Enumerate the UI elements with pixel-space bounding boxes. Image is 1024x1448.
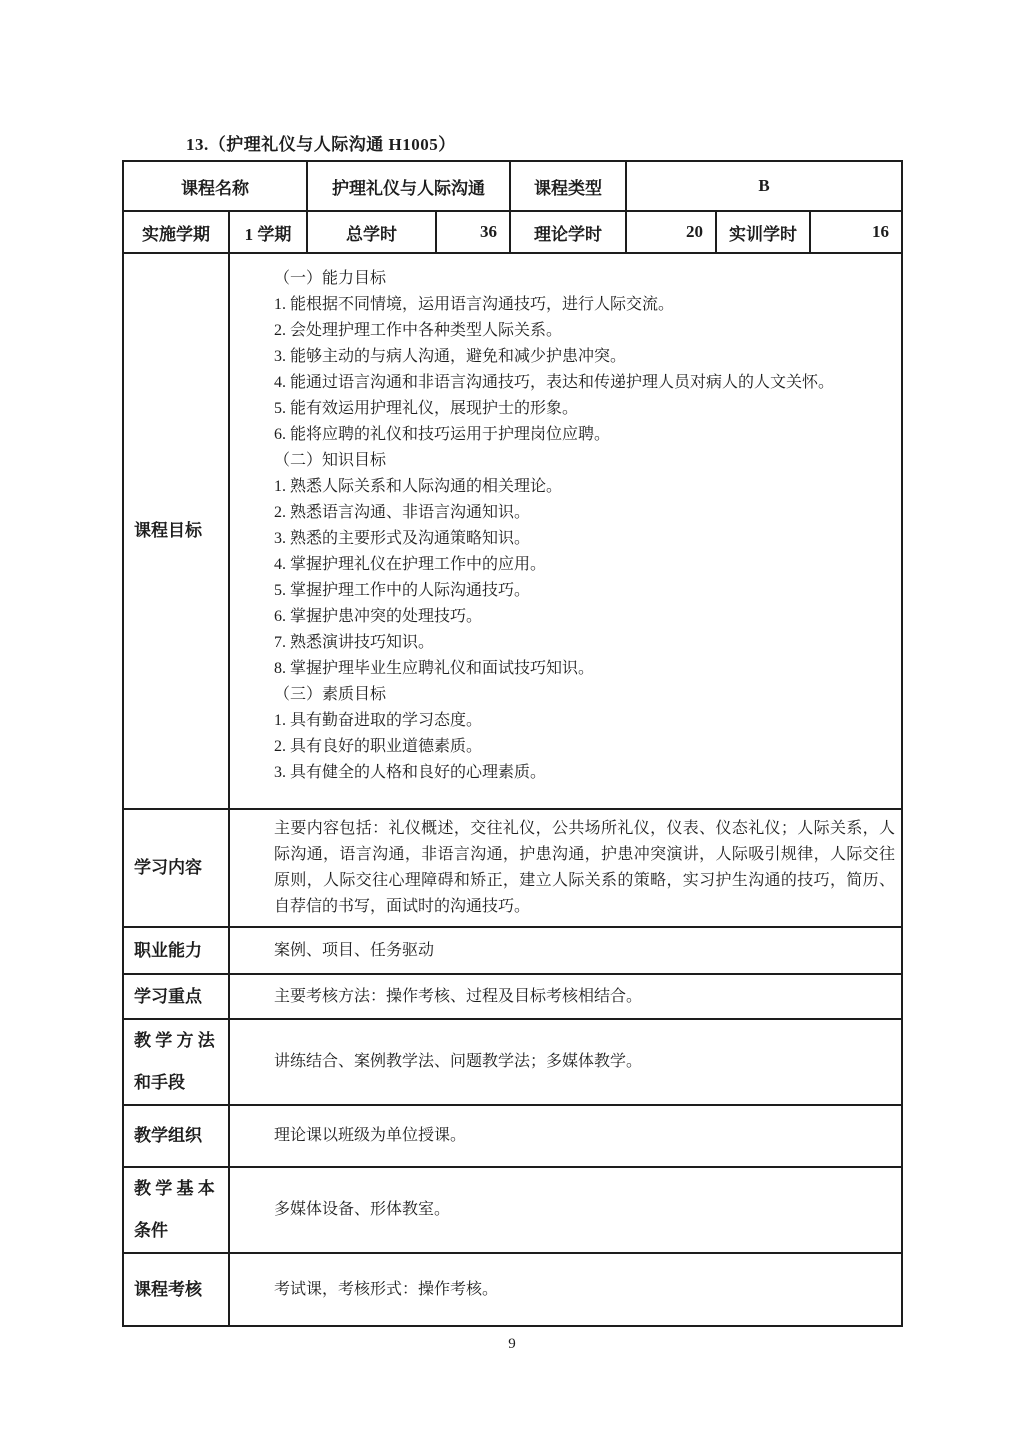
table-row-course-name: 课程名称 护理礼仪与人际沟通 课程类型 B [123, 161, 902, 211]
course-name-value: 护理礼仪与人际沟通 [307, 161, 510, 211]
row-label-learning-focus: 学习重点 [123, 974, 229, 1019]
table-row-basic-conditions: 教 学 基 本 条件 多媒体设备、形体教室。 [123, 1167, 902, 1253]
course-name-label: 课程名称 [123, 161, 307, 211]
row-label-course-assessment: 课程考核 [123, 1253, 229, 1326]
row-label-basic-conditions: 教 学 基 本 条件 [123, 1167, 229, 1253]
row-label-teaching-organization: 教学组织 [123, 1105, 229, 1167]
row-content-learning-content: 主要内容包括：礼仪概述，交往礼仪，公共场所礼仪，仪表、仪态礼仪；人际关系，人际沟… [229, 809, 902, 927]
total-hours-value: 36 [436, 211, 510, 253]
table-row-hours: 实施学期 1 学期 总学时 36 理论学时 20 实训学时 16 [123, 211, 902, 253]
theory-hours-label: 理论学时 [510, 211, 626, 253]
table-row-professional-ability: 职业能力 案例、项目、任务驱动 [123, 927, 902, 974]
practice-hours-label: 实训学时 [716, 211, 810, 253]
page-number: 9 [0, 1336, 1024, 1353]
page-title: 13.（护理礼仪与人际沟通 H1005） [186, 130, 456, 155]
course-info-table: 课程名称 护理礼仪与人际沟通 课程类型 B 实施学期 1 学期 总学时 36 理… [122, 160, 903, 1327]
practice-hours-value: 16 [810, 211, 902, 253]
table-row-course-objectives: 课程目标 （一）能力目标 1. 能根据不同情境，运用语言沟通技巧，进行人际交流。… [123, 253, 902, 809]
row-content-learning-focus: 主要考核方法：操作考核、过程及目标考核相结合。 [229, 974, 902, 1019]
row-label-learning-content: 学习内容 [123, 809, 229, 927]
row-content-course-assessment: 考试课，考核形式：操作考核。 [229, 1253, 902, 1326]
row-label-professional-ability: 职业能力 [123, 927, 229, 974]
row-label-course-objectives: 课程目标 [123, 253, 229, 809]
semester-label: 实施学期 [123, 211, 229, 253]
row-content-professional-ability: 案例、项目、任务驱动 [229, 927, 902, 974]
theory-hours-value: 20 [626, 211, 716, 253]
table-row-teaching-methods: 教 学 方 法 和手段 讲练结合、案例教学法、问题教学法；多媒体教学。 [123, 1019, 902, 1105]
total-hours-label: 总学时 [307, 211, 436, 253]
table-row-course-assessment: 课程考核 考试课，考核形式：操作考核。 [123, 1253, 902, 1326]
table-row-teaching-organization: 教学组织 理论课以班级为单位授课。 [123, 1105, 902, 1167]
table-row-learning-focus: 学习重点 主要考核方法：操作考核、过程及目标考核相结合。 [123, 974, 902, 1019]
table-row-learning-content: 学习内容 主要内容包括：礼仪概述，交往礼仪，公共场所礼仪，仪表、仪态礼仪；人际关… [123, 809, 902, 927]
row-label-teaching-methods: 教 学 方 法 和手段 [123, 1019, 229, 1105]
course-type-value: B [626, 161, 902, 211]
row-content-course-objectives: （一）能力目标 1. 能根据不同情境，运用语言沟通技巧，进行人际交流。 2. 会… [229, 253, 902, 809]
row-content-teaching-organization: 理论课以班级为单位授课。 [229, 1105, 902, 1167]
row-content-teaching-methods: 讲练结合、案例教学法、问题教学法；多媒体教学。 [229, 1019, 902, 1105]
course-type-label: 课程类型 [510, 161, 626, 211]
row-content-basic-conditions: 多媒体设备、形体教室。 [229, 1167, 902, 1253]
semester-value: 1 学期 [229, 211, 307, 253]
